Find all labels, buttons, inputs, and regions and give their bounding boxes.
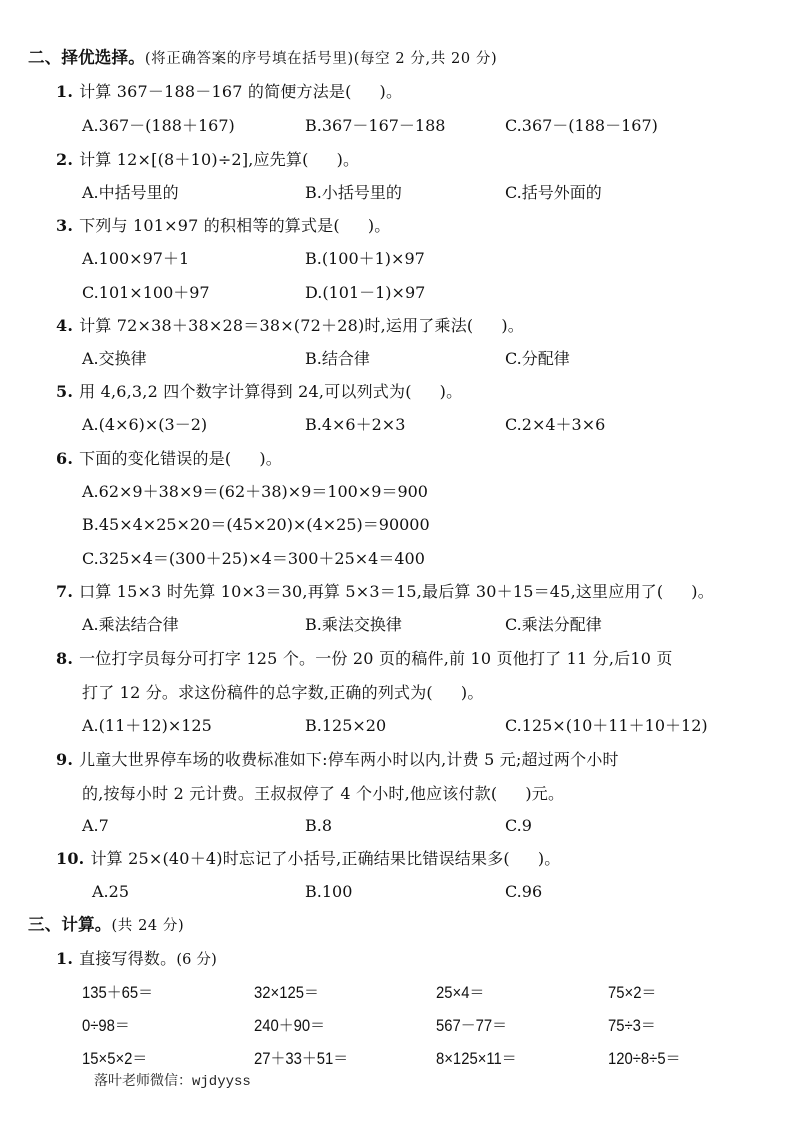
question-text-line1: 儿童大世界停车场的收费标准如下:停车两小时以内,计费 5 元;超过两个小时: [79, 750, 619, 769]
question-text-line1: 一位打字员每分可打字 125 个。一份 20 页的稿件,前 10 页他打了 11…: [79, 649, 673, 668]
question-text: 打了 12 分。求这份稿件的总字数,正确的列式为(: [82, 683, 433, 702]
question-text: 的,按每小时 2 元计费。王叔叔停了 4 个小时,他应该付款(: [82, 784, 497, 803]
option-a: A.100×97＋1: [82, 249, 189, 269]
calc-item: 8×125×11＝: [436, 1049, 517, 1069]
option-c: C.分配律: [505, 349, 570, 369]
option-b: B.125×20: [305, 716, 386, 736]
option-c: C.325×4＝(300＋25)×4＝300＋25×4＝400: [82, 549, 425, 569]
calc-item: 240＋90＝: [254, 1016, 325, 1036]
option-b: B.(100＋1)×97: [305, 249, 425, 269]
question-text-end: )。: [691, 582, 714, 601]
option-b: B.8: [305, 816, 332, 836]
option-c: C.2×4＋3×6: [505, 415, 605, 435]
option-a: A.367－(188＋167): [82, 116, 235, 136]
question-2: 2.计算 12×[(8＋10)÷2],应先算()。: [56, 150, 359, 170]
question-text-end: )。: [337, 150, 360, 169]
section-3-title: 三、计算。: [28, 915, 112, 934]
sub-title: 直接写得数。: [79, 949, 176, 968]
worksheet-page: 二、择优选择。(将正确答案的序号填在括号里)(每空 2 分,共 20 分) 1.…: [0, 0, 793, 1122]
question-text: 计算 12×[(8＋10)÷2],应先算(: [79, 150, 308, 169]
question-number: 6.: [56, 449, 73, 469]
option-a: A.62×9＋38×9＝(62＋38)×9＝100×9＝900: [82, 482, 428, 502]
section-2-heading: 二、择优选择。(将正确答案的序号填在括号里)(每空 2 分,共 20 分): [28, 48, 497, 69]
question-text: 用 4,6,3,2 四个数字计算得到 24,可以列式为(: [79, 382, 412, 401]
option-a: A.(11＋12)×125: [82, 716, 212, 736]
option-a: A.交换律: [82, 349, 147, 369]
sub-note: (6 分): [176, 952, 217, 968]
calc-item: 15×5×2＝: [82, 1049, 147, 1069]
calc-item: 120÷8÷5＝: [608, 1049, 680, 1069]
question-text-end: )。: [461, 683, 484, 702]
option-b: B.乘法交换律: [305, 615, 402, 635]
section-2-title: 二、择优选择。: [28, 48, 145, 67]
question-text-end: )。: [538, 849, 561, 868]
option-a: A.7: [82, 816, 109, 836]
calc-item: 135＋65＝: [82, 983, 153, 1003]
question-7: 7.口算 15×3 时先算 10×3＝30,再算 5×3＝15,最后算 30＋1…: [56, 582, 714, 602]
option-c: C.乘法分配律: [505, 615, 602, 635]
question-number: 8.: [56, 649, 73, 669]
question-text-end: )。: [259, 449, 282, 468]
question-8-line2: 打了 12 分。求这份稿件的总字数,正确的列式为()。: [82, 683, 484, 703]
question-10: 10.计算 25×(40＋4)时忘记了小括号,正确结果比错误结果多()。: [56, 849, 561, 869]
question-text-end: )。: [501, 316, 524, 335]
option-b: B.367－167－188: [305, 116, 445, 136]
option-a: A.25: [92, 882, 129, 902]
option-b: B.结合律: [305, 349, 370, 369]
question-text: 计算 72×38＋38×28＝38×(72＋28)时,运用了乘法(: [79, 316, 473, 335]
section-3-heading: 三、计算。(共 24 分): [28, 915, 184, 936]
question-text-end: )元。: [525, 784, 564, 803]
question-number: 7.: [56, 582, 73, 602]
question-3: 3.下列与 101×97 的积相等的算式是()。: [56, 216, 391, 236]
calc-item: 567－77＝: [436, 1016, 507, 1036]
question-number: 1.: [56, 82, 73, 102]
section-2-note: (将正确答案的序号填在括号里)(每空 2 分,共 20 分): [145, 51, 497, 67]
question-text-end: )。: [380, 82, 403, 101]
option-b: B.45×4×25×20＝(45×20)×(4×25)＝90000: [82, 515, 430, 535]
footer-contact: 落叶老师微信：wjdyyss: [94, 1073, 251, 1091]
question-9-line2: 的,按每小时 2 元计费。王叔叔停了 4 个小时,他应该付款()元。: [82, 784, 564, 804]
option-c: C.101×100＋97: [82, 283, 210, 303]
option-a: A.(4×6)×(3－2): [82, 415, 207, 435]
question-4: 4.计算 72×38＋38×28＝38×(72＋28)时,运用了乘法()。: [56, 316, 524, 336]
question-text: 下列与 101×97 的积相等的算式是(: [79, 216, 340, 235]
question-text: 计算 25×(40＋4)时忘记了小括号,正确结果比错误结果多(: [90, 849, 509, 868]
section-3-note: (共 24 分): [112, 918, 185, 934]
question-5: 5.用 4,6,3,2 四个数字计算得到 24,可以列式为()。: [56, 382, 462, 402]
question-text: 计算 367－188－167 的简便方法是(: [79, 82, 351, 101]
option-c: C.125×(10＋11＋10＋12): [505, 716, 708, 736]
option-d: D.(101－1)×97: [305, 283, 425, 303]
question-9: 9.儿童大世界停车场的收费标准如下:停车两小时以内,计费 5 元;超过两个小时: [56, 750, 619, 770]
calc-sub-1-heading: 1.直接写得数。(6 分): [56, 949, 217, 970]
question-text: 下面的变化错误的是(: [79, 449, 231, 468]
option-b: B.小括号里的: [305, 183, 402, 203]
question-text: 口算 15×3 时先算 10×3＝30,再算 5×3＝15,最后算 30＋15＝…: [79, 582, 663, 601]
question-number: 5.: [56, 382, 73, 402]
question-number: 9.: [56, 750, 73, 770]
option-c: C.括号外面的: [505, 183, 602, 203]
calc-item: 75÷3＝: [608, 1016, 656, 1036]
option-c: C.9: [505, 816, 532, 836]
question-8: 8.一位打字员每分可打字 125 个。一份 20 页的稿件,前 10 页他打了 …: [56, 649, 673, 669]
calc-item: 0÷98＝: [82, 1016, 130, 1036]
question-1: 1.计算 367－188－167 的简便方法是()。: [56, 82, 402, 102]
option-a: A.乘法结合律: [82, 615, 179, 635]
question-number: 2.: [56, 150, 73, 170]
calc-item: 32×125＝: [254, 983, 319, 1003]
calc-item: 27＋33＋51＝: [254, 1049, 348, 1069]
option-b: B.100: [305, 882, 352, 902]
option-c: C.367－(188－167): [505, 116, 658, 136]
question-6: 6.下面的变化错误的是()。: [56, 449, 282, 469]
question-number: 4.: [56, 316, 73, 336]
sub-number: 1.: [56, 949, 73, 969]
question-number: 3.: [56, 216, 73, 236]
option-a: A.中括号里的: [82, 183, 179, 203]
question-text-end: )。: [440, 382, 463, 401]
question-text-end: )。: [368, 216, 391, 235]
question-number: 10.: [56, 849, 84, 869]
calc-item: 25×4＝: [436, 983, 484, 1003]
option-b: B.4×6＋2×3: [305, 415, 405, 435]
option-c: C.96: [505, 882, 542, 902]
calc-item: 75×2＝: [608, 983, 656, 1003]
